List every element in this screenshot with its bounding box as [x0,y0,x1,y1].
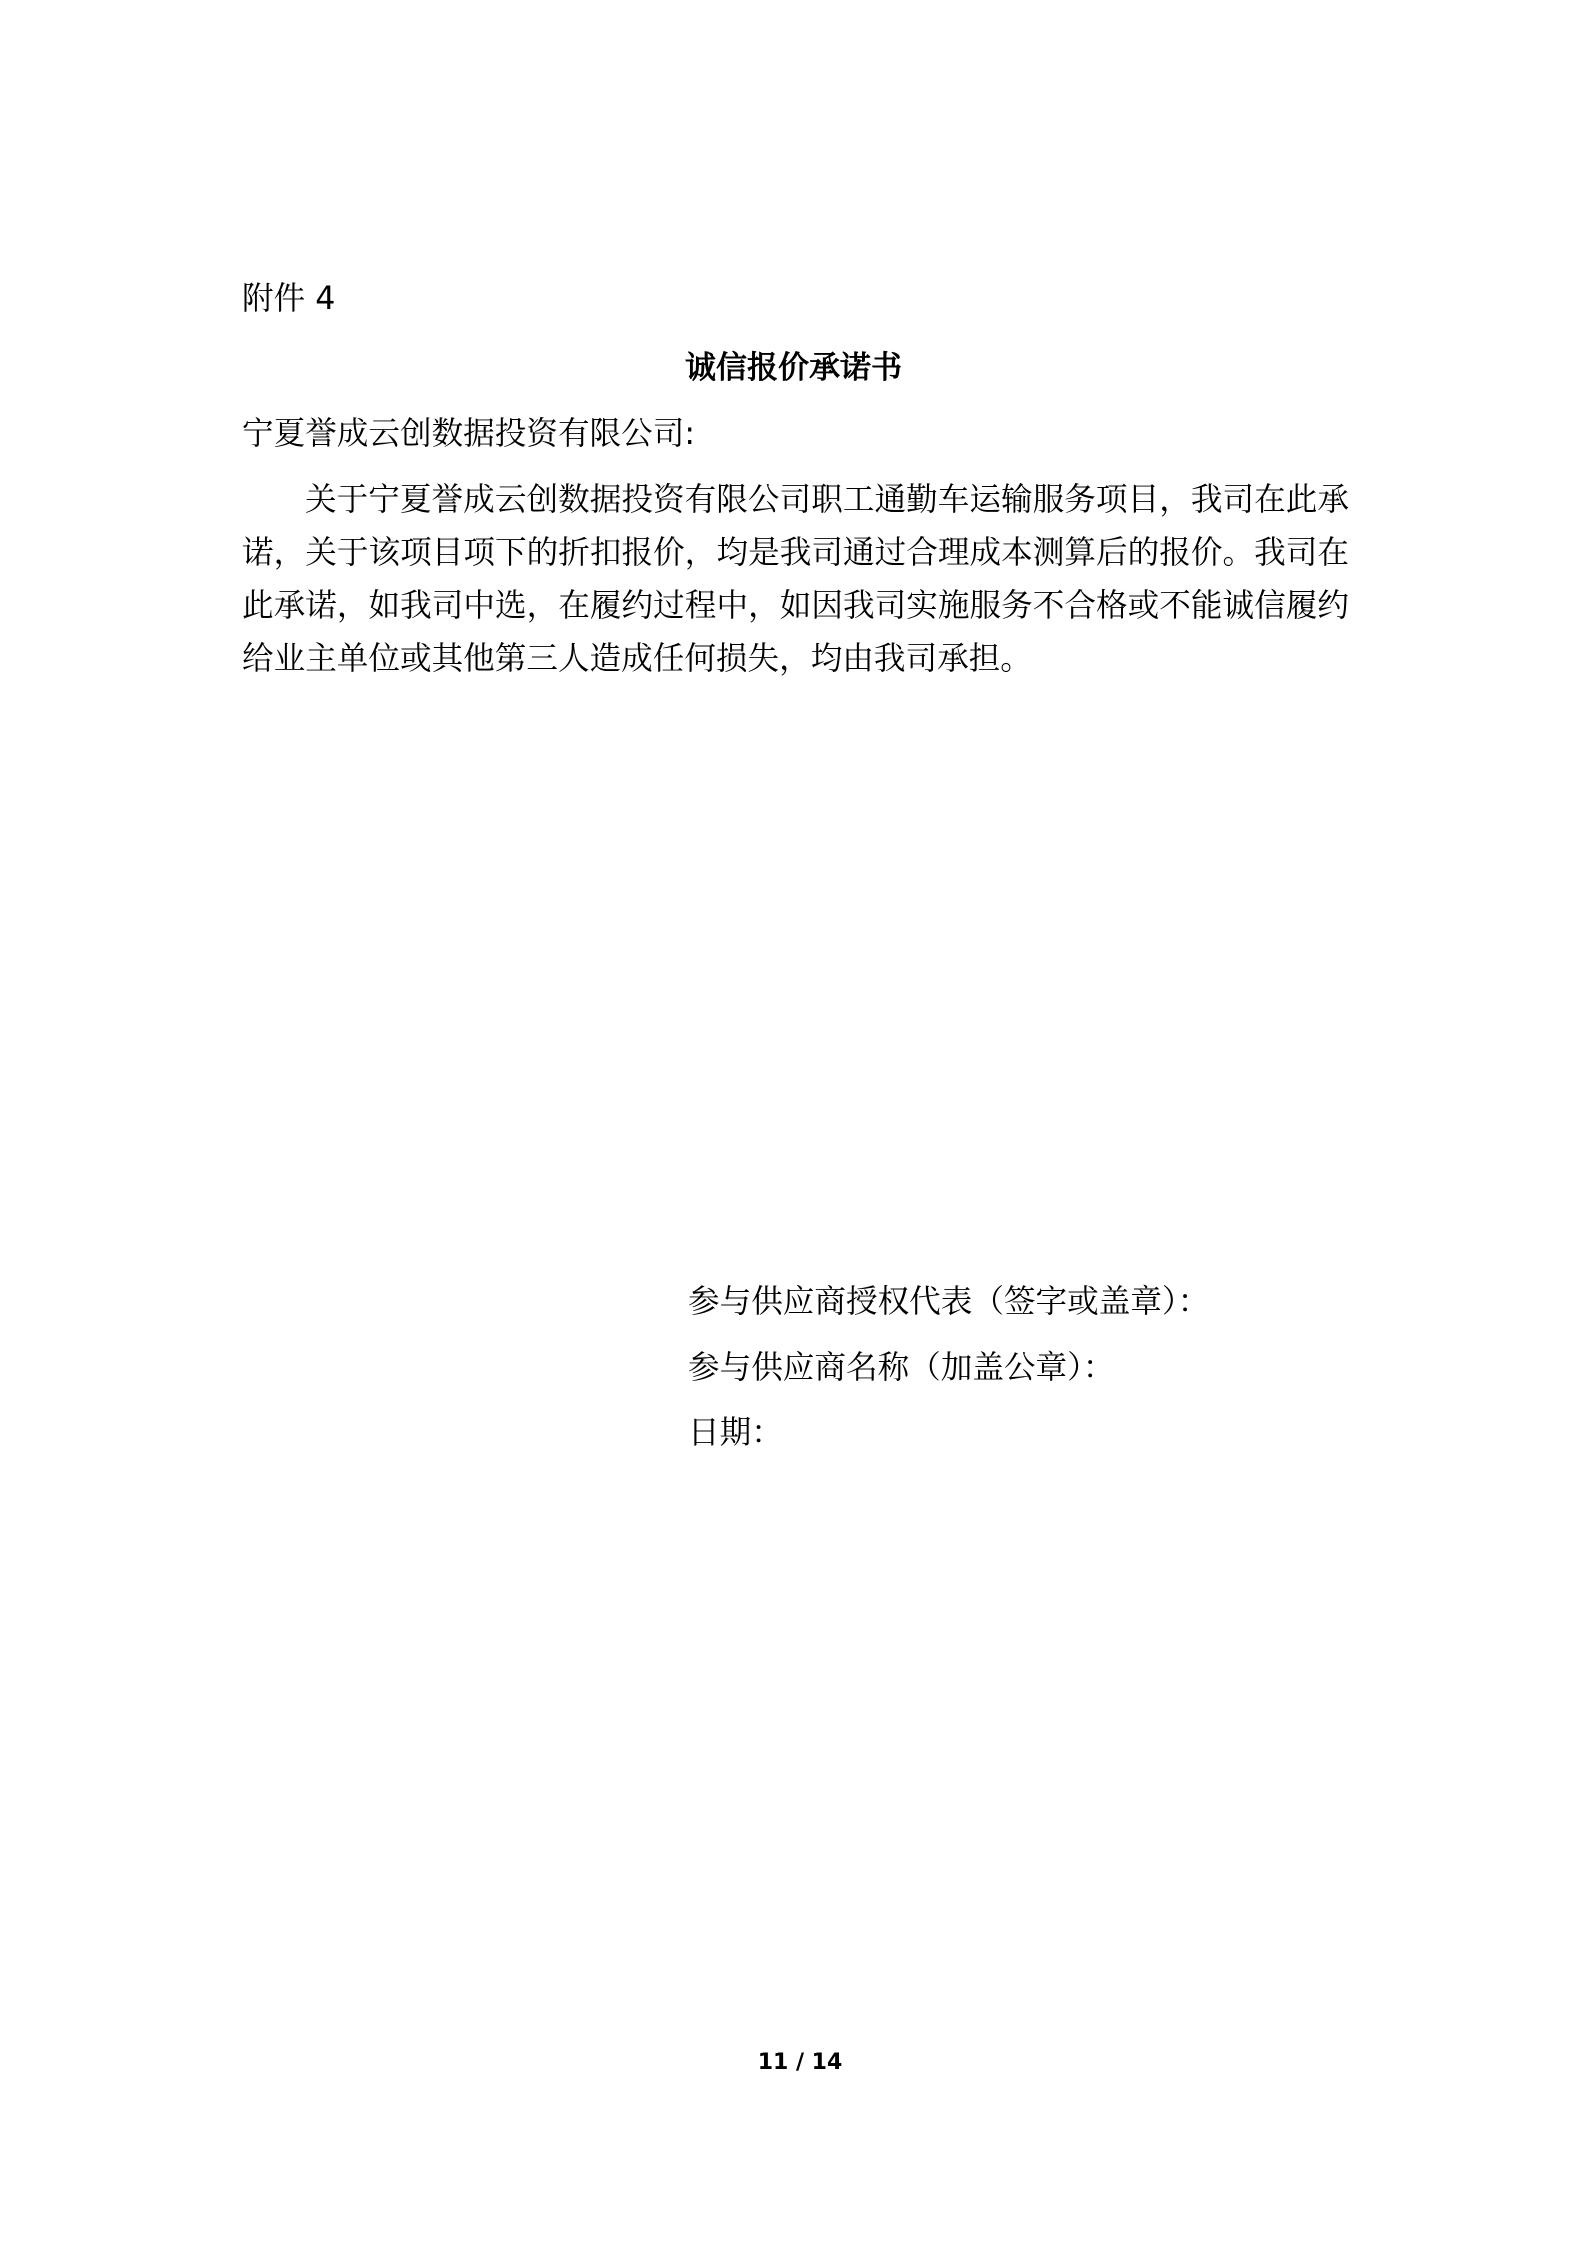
signature-representative-label: 参与供应商授权代表（签字或盖章）： [688,1282,1209,1322]
attachment-label: 附件 4 [242,279,335,319]
salutation: 宁夏誉成云创数据投资有限公司: [242,414,695,454]
document-title: 诚信报价承诺书 [0,348,1587,388]
signature-date-label: 日期： [688,1413,783,1453]
commitment-paragraph: 关于宁夏誉成云创数据投资有限公司职工通勤车运输服务项目，我司在此承 诺，关于该项… [242,480,1349,692]
signature-supplier-name-label: 参与供应商名称（加盖公章）： [688,1348,1115,1388]
page-number: 11 / 14 [0,2050,1587,2076]
document-page: 附件 4 诚信报价承诺书 宁夏誉成云创数据投资有限公司: 关于宁夏誉成云创数据投… [0,0,1587,2245]
